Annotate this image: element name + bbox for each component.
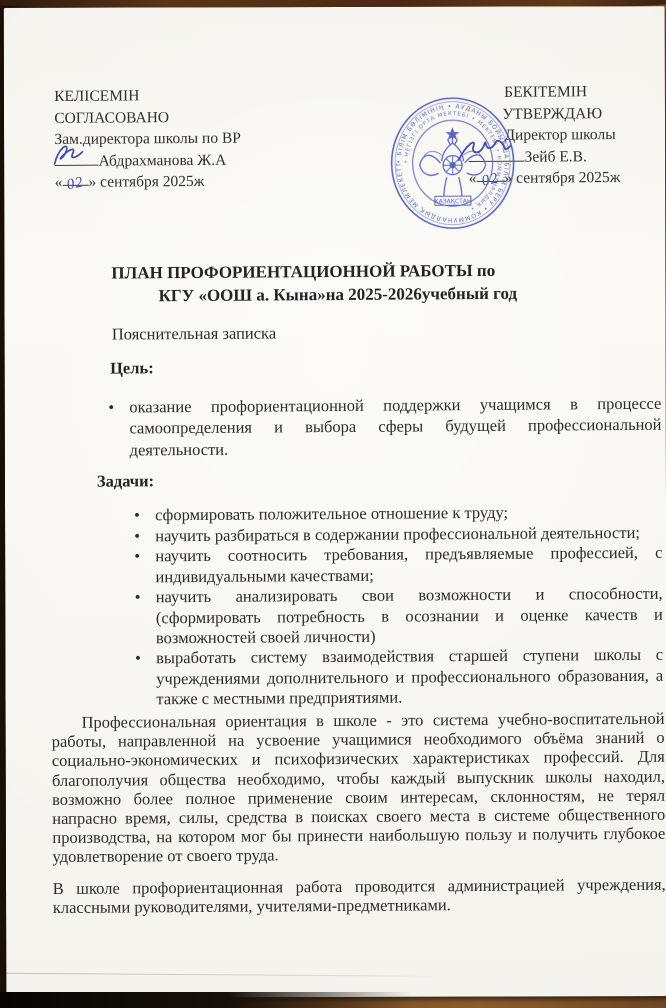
task-item: научить соотносить требования, предъявля… bbox=[155, 543, 662, 587]
task-item: выработать систему взаимодействия старше… bbox=[156, 645, 663, 709]
approved-label-ru: УТВЕРЖДАЮ bbox=[502, 103, 620, 125]
goal-list: оказание профориентационной поддержки уч… bbox=[129, 393, 661, 461]
document-title: ПЛАН ПРОФОРИЕНТАЦИОННОЙ РАБОТЫ по КГУ «О… bbox=[111, 258, 611, 307]
date-text-left: » сентября 2025ж bbox=[88, 173, 204, 191]
agreed-label-ru: СОГЛАСОВАНО bbox=[54, 106, 241, 129]
tasks-list: сформировать положительное отношение к т… bbox=[155, 502, 663, 710]
agreed-label-kk: КЕЛІСЕМІН bbox=[54, 85, 241, 108]
svg-text:ҚАЗАҚСТАН: ҚАЗАҚСТАН bbox=[434, 198, 471, 205]
tasks-heading: Задачи: bbox=[97, 471, 154, 491]
task-item: научить анализировать свои возможности и… bbox=[156, 584, 663, 648]
title-line1: ПЛАН ПРОФОРИЕНТАЦИОННОЙ РАБОТЫ по bbox=[111, 258, 611, 284]
kazakhstan-emblem-icon bbox=[419, 127, 486, 205]
body-paragraph-1: Профессиональная ориентация в школе - эт… bbox=[51, 709, 665, 867]
task-item: научить разбираться в содержании професс… bbox=[155, 522, 662, 546]
approver-role-left: Зам.директора школы по ВР bbox=[54, 128, 241, 151]
signature-row-left: Абдрахманова Ж.А bbox=[55, 149, 242, 172]
approved-label-kk: БЕКІТЕМІН bbox=[504, 81, 620, 103]
task-item: сформировать положительное отношение к т… bbox=[155, 502, 662, 526]
approver-name-right: Зейб Е.В. bbox=[525, 148, 587, 165]
approval-left-block: КЕЛІСЕМІН СОГЛАСОВАНО Зам.директора школ… bbox=[54, 85, 241, 194]
approver-role-right: Директор школы bbox=[504, 124, 620, 146]
paper-bottom-shadow bbox=[0, 992, 413, 1008]
date-text-right: » сентября 2025ж bbox=[504, 169, 620, 187]
official-round-stamp-icon: • БІЛІМ БӨЛІМІНІҢ • АУДАНЫ БОЙЫНША БІЛІМ… bbox=[386, 93, 519, 234]
goal-heading: Цель: bbox=[110, 358, 154, 378]
document-page: КЕЛІСЕМІН СОГЛАСОВАНО Зам.директора школ… bbox=[4, 6, 666, 998]
explanatory-note-heading: Пояснительная записка bbox=[112, 323, 276, 344]
handwritten-day-left: 02 bbox=[65, 172, 86, 197]
approver-name-left: Абдрахманова Ж.А bbox=[99, 151, 227, 169]
goal-item: оказание профориентационной поддержки уч… bbox=[129, 393, 661, 461]
signature-line-left bbox=[55, 151, 99, 165]
body-paragraph-2: В школе профориентационная работа провод… bbox=[53, 875, 666, 918]
page-content: КЕЛІСЕМІН СОГЛАСОВАНО Зам.директора школ… bbox=[2, 5, 666, 1000]
title-line2: КГУ «ООШ а. Кына»на 2025-2026учебный год bbox=[158, 281, 611, 307]
document-photo: КЕЛІСЕМІН СОГЛАСОВАНО Зам.директора школ… bbox=[0, 0, 666, 1008]
quote-open: « bbox=[55, 174, 63, 191]
date-row-left: «02» сентября 2025ж bbox=[55, 171, 242, 194]
